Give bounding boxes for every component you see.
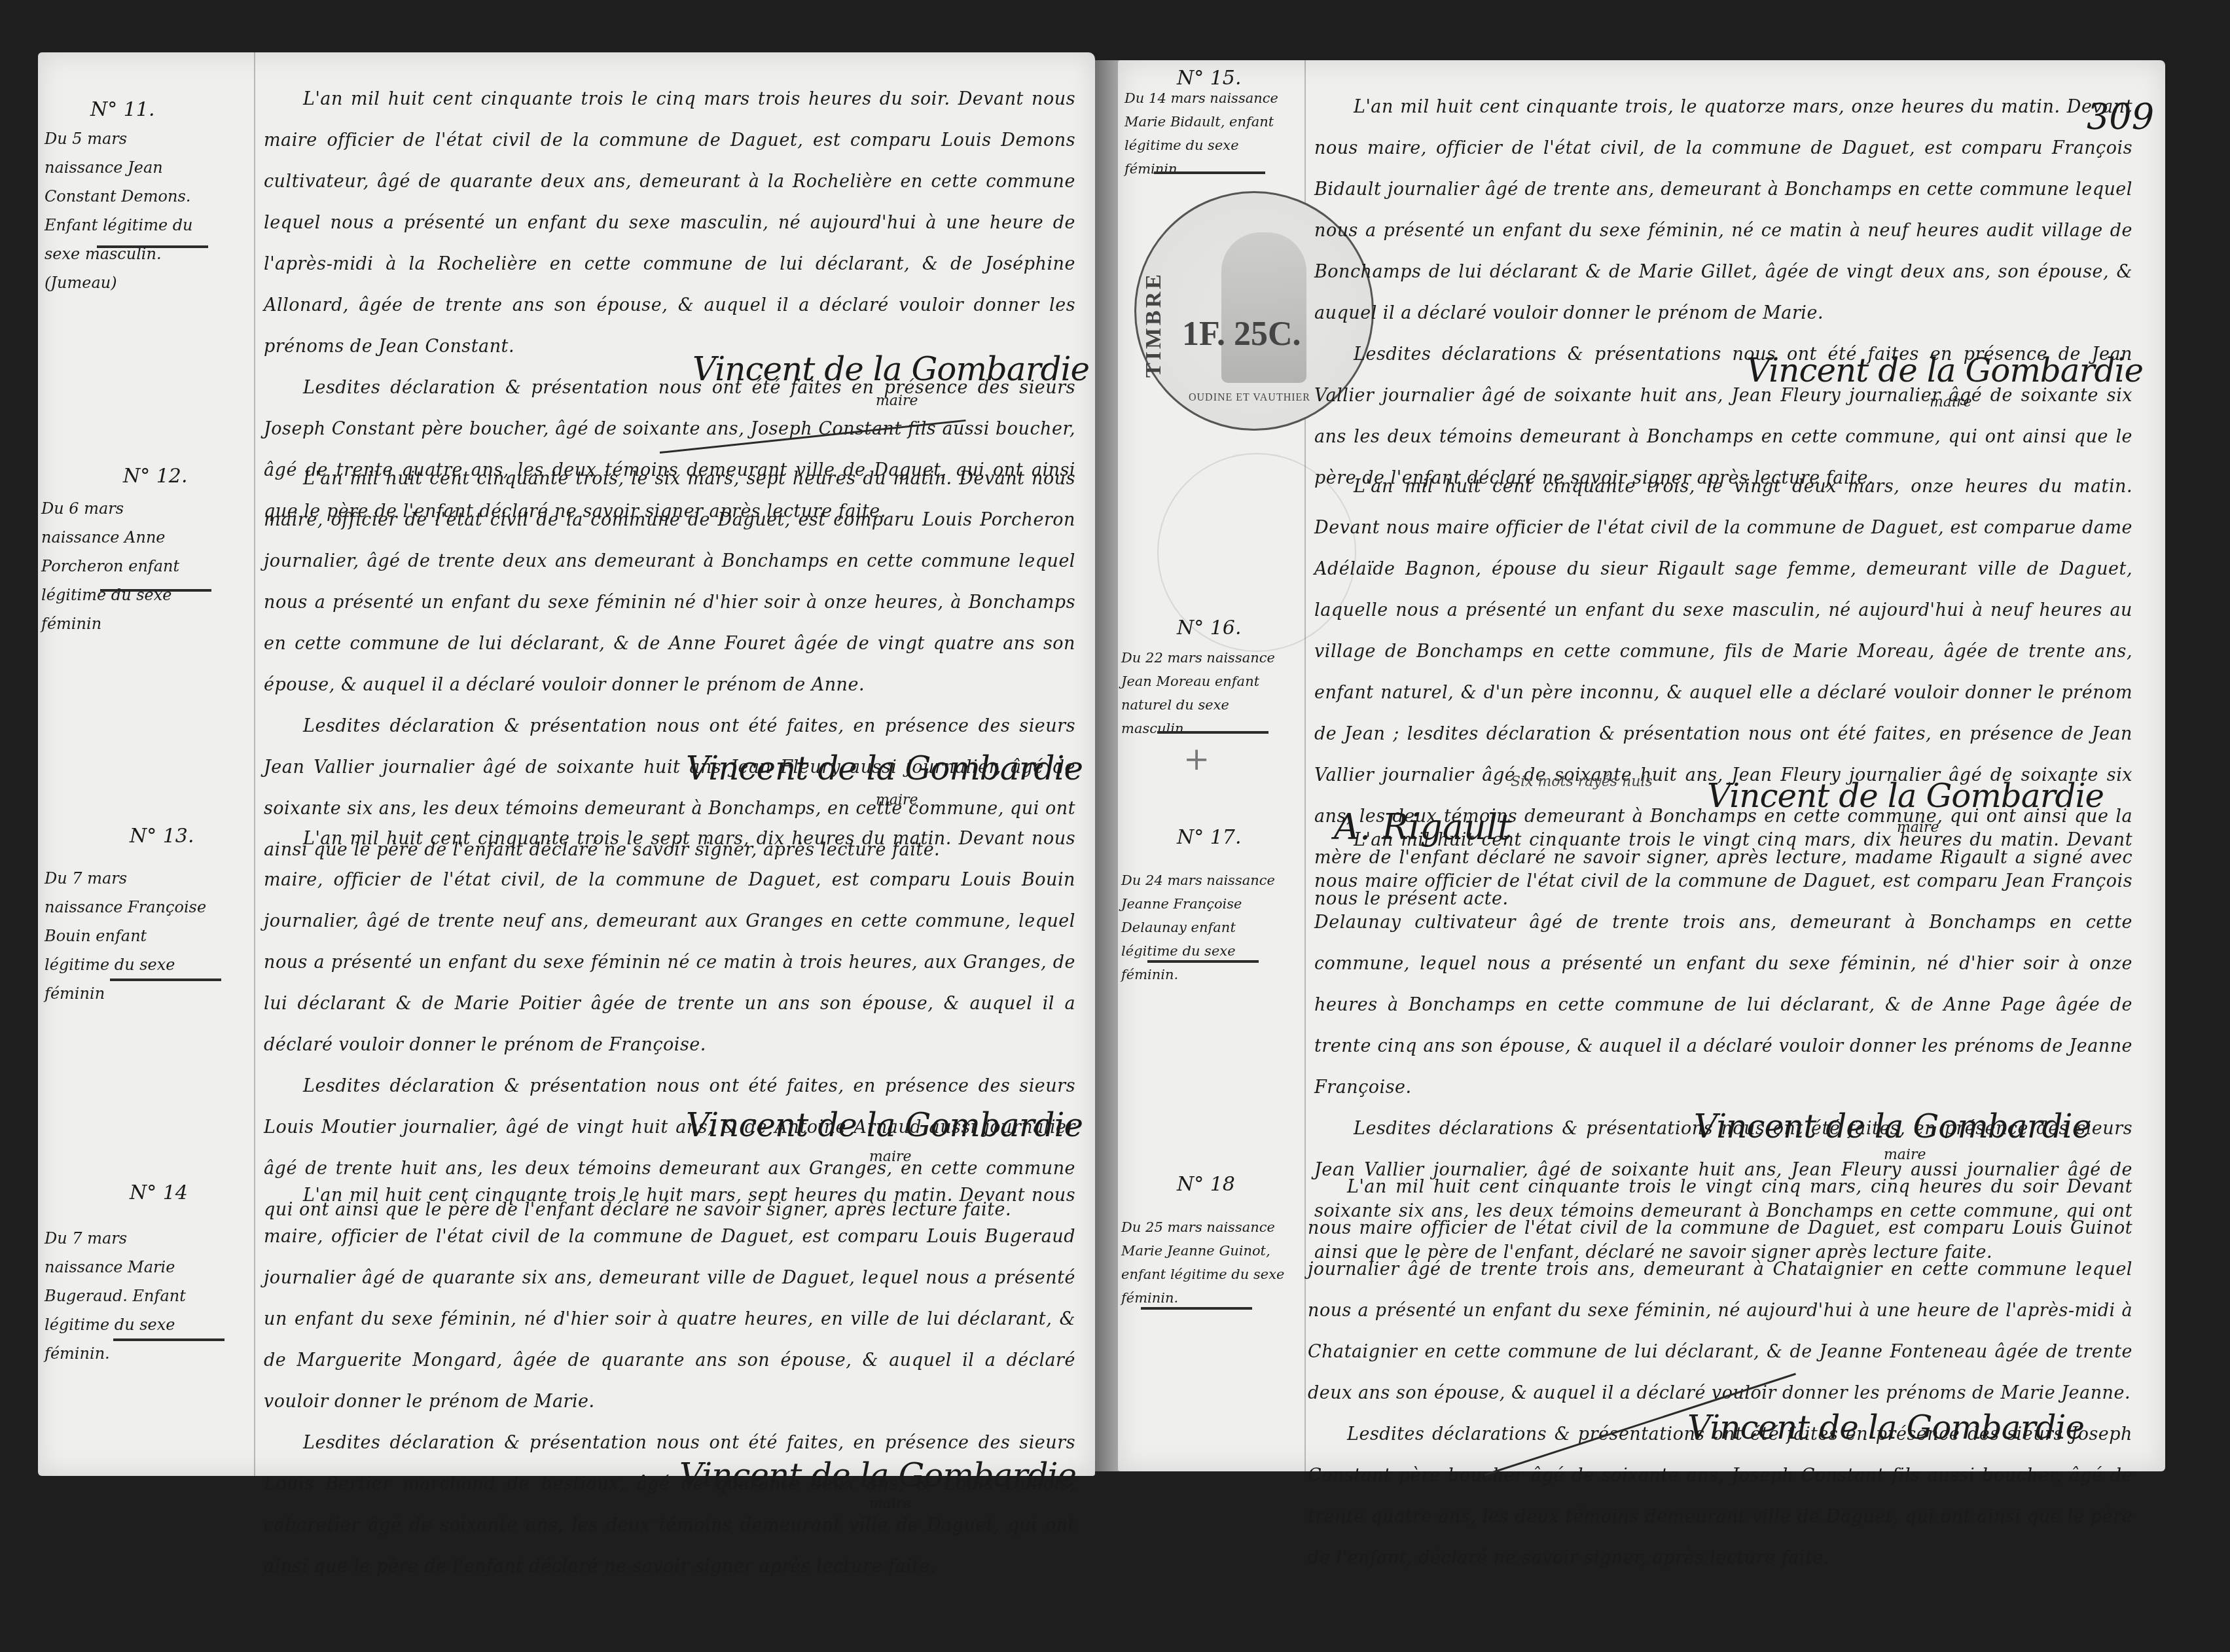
note-divider (1147, 960, 1259, 963)
birth-entry-18: N° 18 Du 25 mars naissance Marie Jeanne … (1118, 1166, 2165, 1471)
mayor-signature: Vincent de la Gombardie (686, 1106, 1083, 1144)
entry-number: N° 16. (1177, 617, 1242, 639)
entry-text: L'an mil huit cent cinquante trois le hu… (264, 1175, 1075, 1587)
mayor-signature: Vincent de la Gombardie (1746, 351, 2143, 389)
entry-number: N° 11. (90, 98, 155, 121)
birth-entry-11: N° 11. Du 5 mars naissance Jean Constant… (38, 52, 1095, 419)
birth-entry-15: N° 15. Du 14 mars naissance Marie Bidaul… (1118, 60, 2165, 427)
cross-mark-icon: + (1183, 741, 1210, 778)
note-divider (1154, 171, 1265, 174)
stamp-printer: OUDINE ET VAUTHIER (1189, 392, 1310, 404)
margin-note: Du 14 mars naissance Marie Bidault, enfa… (1124, 86, 1282, 181)
margin-note: Du 25 mars naissance Marie Jeanne Guinot… (1121, 1215, 1291, 1310)
margin-note: Du 6 mars naissance Anne Porcheron enfan… (41, 494, 205, 638)
signature-role: maire (869, 1496, 912, 1512)
birth-entry-16: N° 16. Du 22 mars naissance Jean Moreau … (1118, 466, 2165, 833)
margin-note: Du 24 mars naissance Jeanne Françoise De… (1121, 869, 1291, 986)
mayor-signature: Vincent de la Gombardie (1694, 1107, 2091, 1145)
birth-entry-14: N° 14 Du 7 mars naissance Marie Bugeraud… (38, 1175, 1095, 1476)
entry-text: L'an mil huit cent cinquante trois le se… (264, 818, 1075, 1230)
note-divider (1141, 1307, 1252, 1310)
entry-text: L'an mil huit cent cinquante trois, le s… (264, 458, 1075, 871)
entry-number: N° 18 (1177, 1173, 1235, 1196)
note-divider (113, 1338, 225, 1341)
mayor-signature: Vincent de la Gombardie (692, 350, 1089, 388)
margin-note: Du 22 mars naissance Jean Moreau enfant … (1121, 646, 1291, 740)
mayor-signature: Vincent de la Gombardie (1707, 777, 2104, 815)
birth-entry-17: N° 17. Du 24 mars naissance Jeanne Franç… (1118, 819, 2165, 1173)
entry-paragraph: L'an mil huit cent cinquante trois le vi… (1314, 819, 2132, 1108)
margin-note: Du 5 mars naissance Jean Constant Demons… (45, 124, 208, 297)
entry-paragraph: L'an mil huit cent cinquante trois le vi… (1308, 1166, 2132, 1414)
entry-paragraph: Lesdites déclaration & présentation nous… (264, 1422, 1075, 1587)
right-page: 309 N° 15. Du 14 mars naissance Marie Bi… (1118, 60, 2165, 1471)
birth-entry-12: N° 12. Du 6 mars naissance Anne Porchero… (38, 458, 1095, 825)
signature-role: maire (1884, 1147, 1926, 1163)
note-divider (1157, 731, 1268, 734)
signature-role: maire (869, 1149, 912, 1165)
note-divider (97, 245, 208, 248)
note-divider (100, 589, 211, 592)
note-divider (110, 979, 221, 981)
correction-note: Six mots rayés nuls (1511, 774, 1653, 790)
mayor-signature: Vincent de la Gombardie (679, 1456, 1076, 1494)
stamp-value: 1F. 25C. (1182, 317, 1301, 351)
birth-entry-13: N° 13. Du 7 mars naissance Françoise Bou… (38, 818, 1095, 1185)
entry-number: N° 14 (130, 1181, 188, 1204)
entry-paragraph: L'an mil huit cent cinquante trois, le q… (1314, 86, 2132, 334)
entry-paragraph: L'an mil huit cent cinquante trois le ci… (264, 79, 1075, 367)
signature-role: maire (1930, 394, 1972, 410)
mayor-signature: Vincent de la Gombardie (686, 749, 1083, 787)
liberty-figure-icon (1221, 232, 1306, 383)
entry-number: N° 17. (1177, 826, 1242, 849)
entry-text: L'an mil huit cent cinquante trois le vi… (1308, 1166, 2132, 1579)
entry-paragraph: L'an mil huit cent cinquante trois le hu… (264, 1175, 1075, 1422)
entry-number: N° 12. (123, 465, 188, 488)
margin-note: Du 7 mars naissance Françoise Bouin enfa… (45, 864, 208, 1008)
signature-role: maire (876, 393, 918, 409)
signature-role: maire (876, 792, 918, 808)
mayor-signature: Vincent de la Gombardie (1687, 1409, 2084, 1446)
margin-note: Du 7 mars naissance Marie Bugeraud. Enfa… (45, 1224, 208, 1368)
stamp-label: TIMBRE (1142, 272, 1166, 378)
entry-number: N° 13. (130, 825, 194, 848)
entry-paragraph: L'an mil huit cent cinquante trois le se… (264, 818, 1075, 1066)
left-page: N° 11. Du 5 mars naissance Jean Constant… (38, 52, 1095, 1476)
entry-text: L'an mil huit cent cinquante trois, le q… (1314, 86, 2132, 499)
entry-paragraph: L'an mil huit cent cinquante trois, le s… (264, 458, 1075, 706)
